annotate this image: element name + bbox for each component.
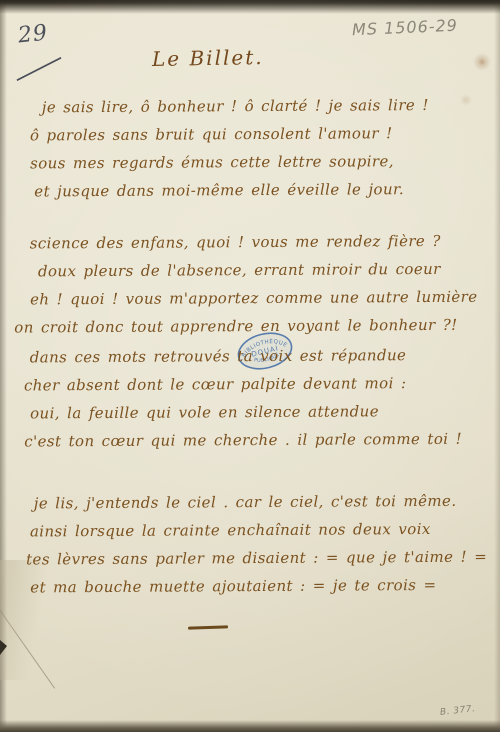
poem-line: et jusque dans moi-même elle éveille le … — [34, 175, 492, 206]
stanza-3: dans ces mots retrouvés ta voix est répa… — [30, 341, 493, 456]
folio-slash — [16, 57, 61, 81]
stanza-1: je sais lire, ô bonheur ! ô clarté ! je … — [30, 91, 493, 206]
stanza-2: science des enfans, quoi ! vous me rende… — [30, 227, 493, 342]
poem-line: oui, la feuille qui vole en silence atte… — [30, 397, 492, 428]
poem-line: tes lèvres sans parler me disaient : = q… — [26, 543, 492, 574]
manuscript-page: 29 MS 1506-29 Le Billet. je sais lire, ô… — [0, 0, 500, 732]
shelfmark-annotation: MS 1506-29 — [352, 16, 459, 40]
poem-line: je sais lire, ô bonheur ! ô clarté ! je … — [42, 91, 492, 122]
poem-line: c'est ton cœur qui me cherche . il parle… — [24, 425, 492, 456]
end-flourish — [188, 625, 228, 629]
poem-line: cher absent dont le cœur palpite devant … — [24, 369, 492, 400]
folio-number: 29 — [17, 21, 49, 49]
catalog-mark: B. 377. — [440, 704, 476, 718]
poem-line: sous mes regards émus cette lettre soupi… — [30, 147, 492, 178]
poem-line: ô paroles sans bruit qui consolent l'amo… — [30, 119, 492, 150]
torn-edge-notch — [0, 640, 7, 655]
poem-line: et ma bouche muette ajoutaient : = je te… — [30, 571, 492, 602]
poem-line: dans ces mots retrouvés ta voix est répa… — [30, 341, 492, 372]
poem-line: je lis, j'entends le ciel . car le ciel,… — [34, 487, 492, 518]
poem-line: ainsi lorsque la crainte enchaînait nos … — [30, 515, 492, 546]
poem-title: Le Billet. — [152, 45, 264, 71]
stanza-4: je lis, j'entends le ciel . car le ciel,… — [30, 487, 493, 602]
poem-line: doux pleurs de l'absence, errant miroir … — [38, 255, 492, 286]
poem-line: science des enfans, quoi ! vous me rende… — [30, 227, 492, 258]
poem-line: eh ! quoi ! vous m'apportez comme une au… — [30, 283, 492, 314]
